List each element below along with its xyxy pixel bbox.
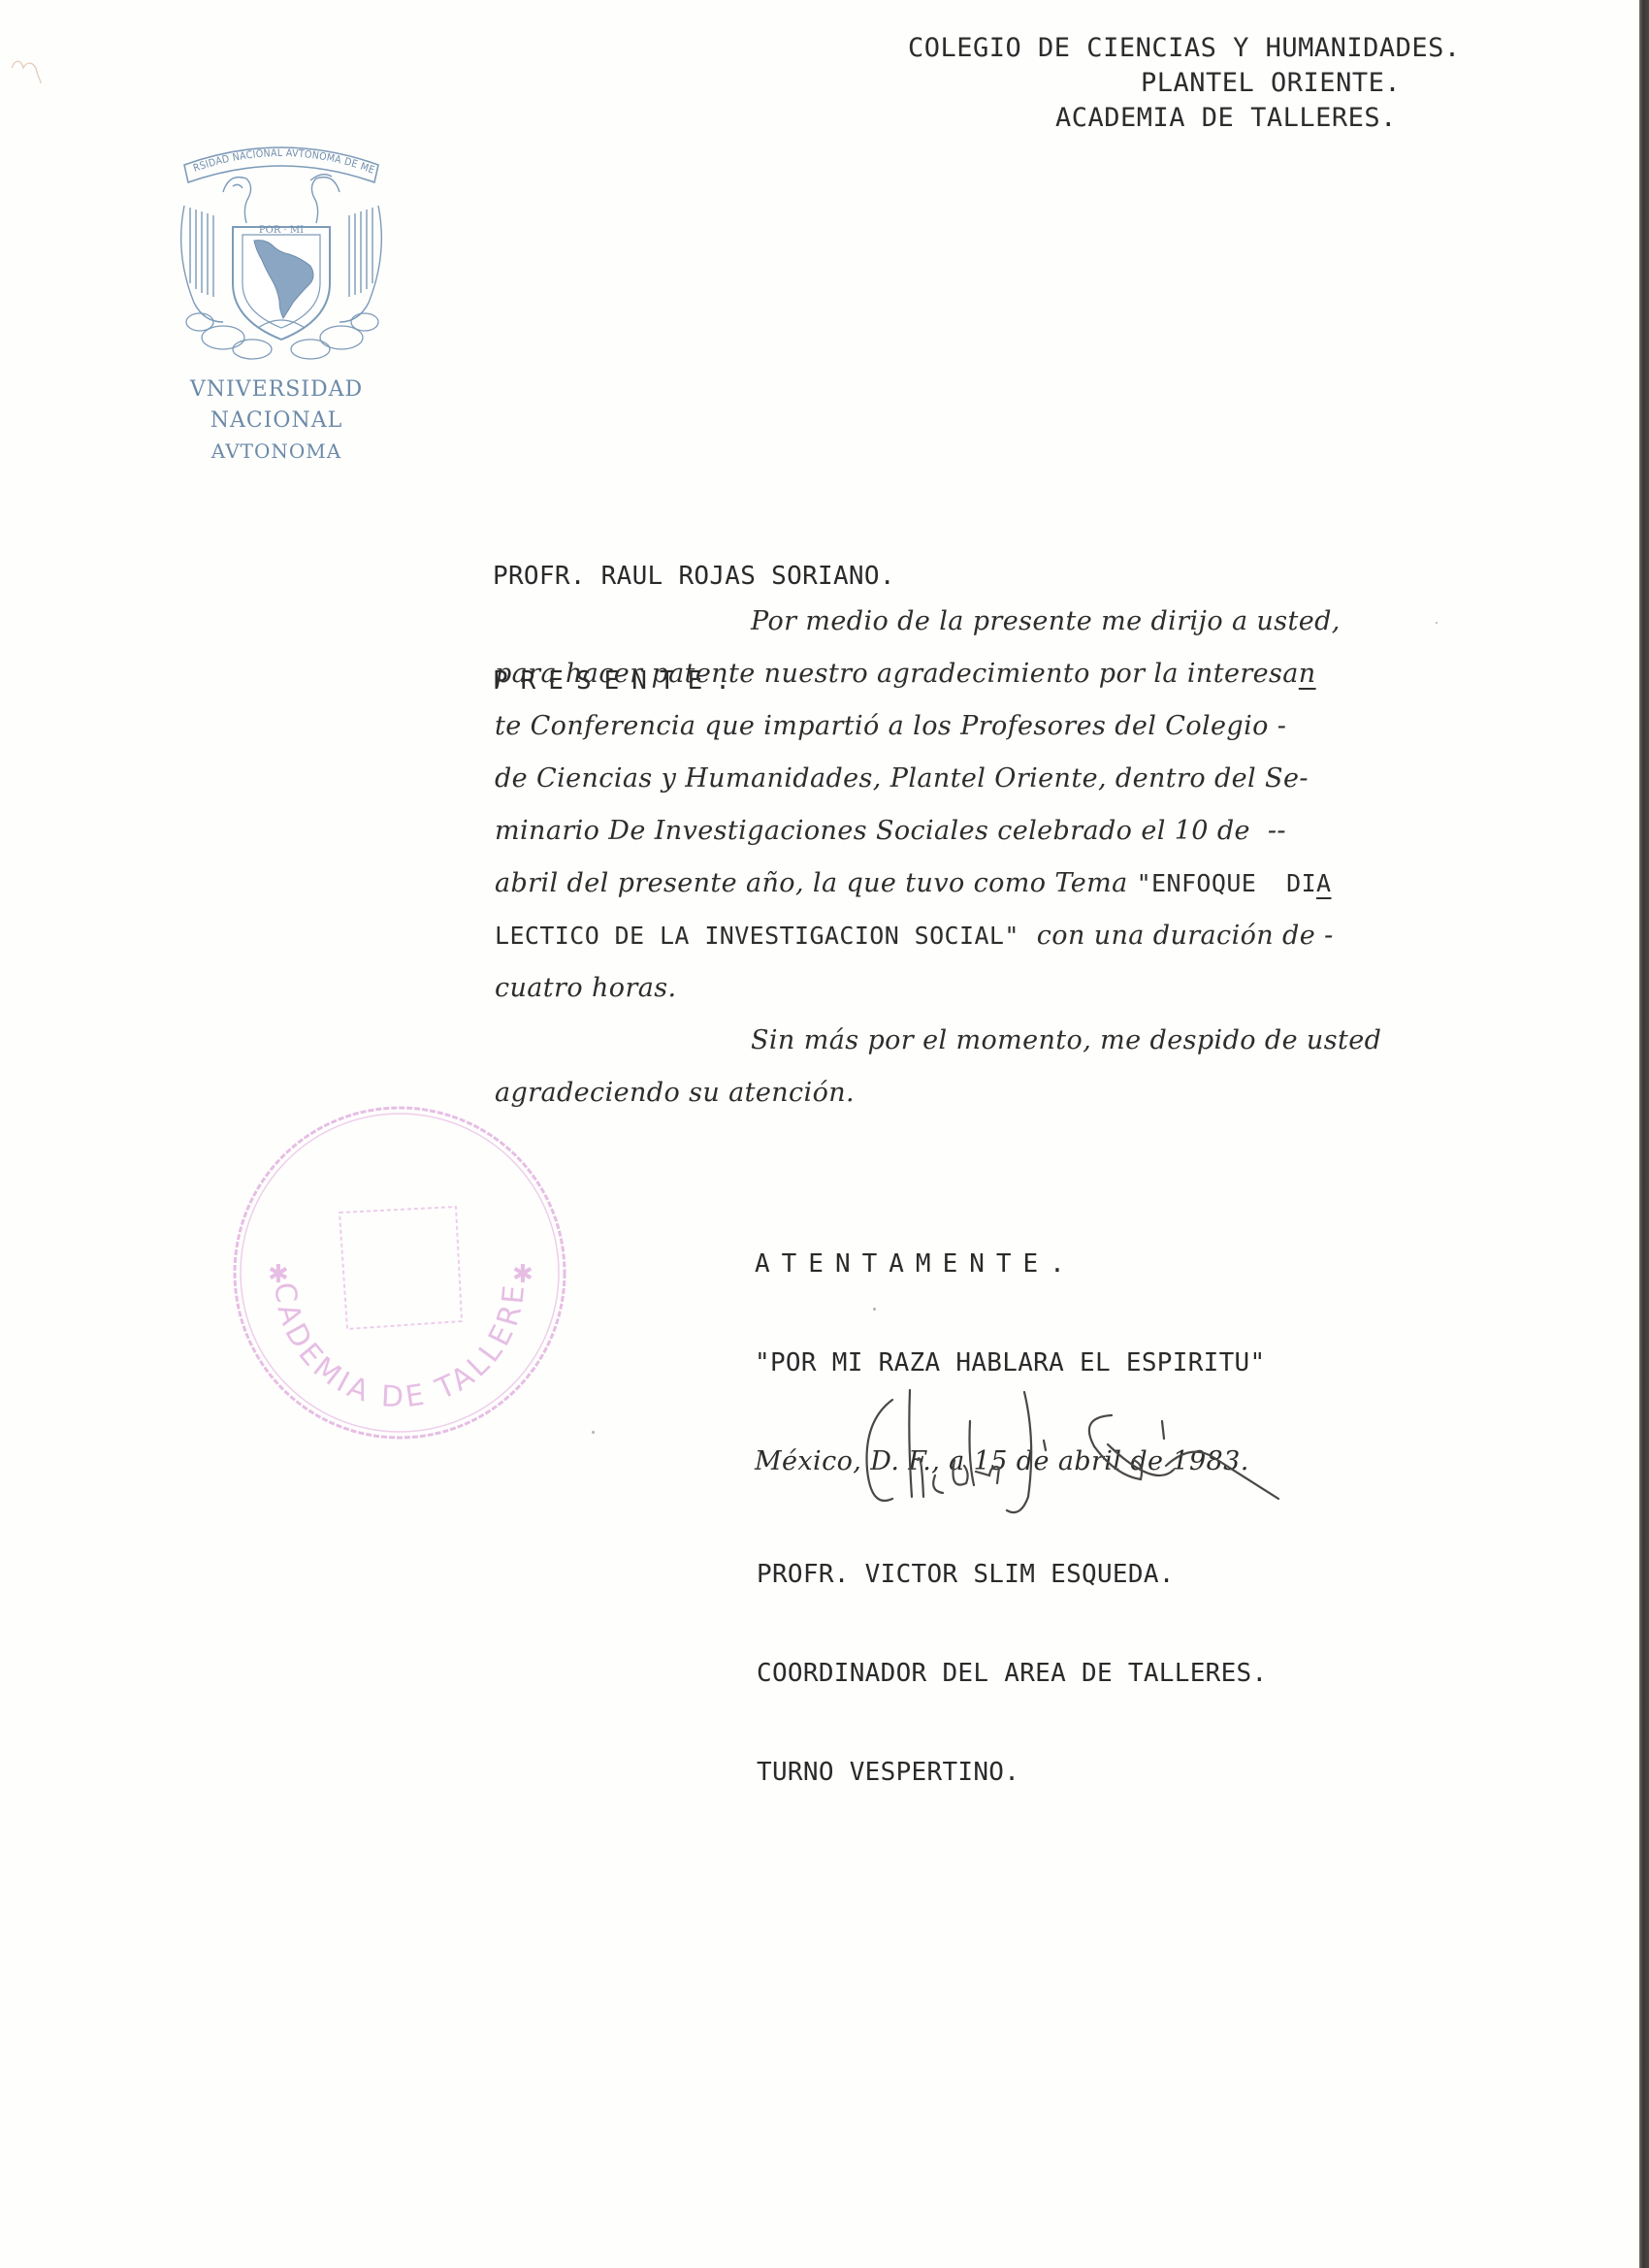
crest-banner-text: VNIVERSIDAD NACIONAL AVTONOMA DE MEXICO <box>165 138 376 177</box>
header-college: COLEGIO DE CIENCIAS Y HUMANIDADES. <box>908 31 1474 66</box>
body-text-segment: para hacer patente nuestro agradecimient… <box>495 659 1299 689</box>
pencil-mark <box>6 50 45 89</box>
header-campus: PLANTEL ORIENTE. <box>1141 66 1474 101</box>
addressee-name: PROFR. RAUL ROJAS SORIANO. <box>493 559 895 594</box>
body-line: cuatro horas. <box>495 962 1465 1015</box>
shield-motto-top: POR · MI <box>259 225 304 236</box>
body-text-segment: con una duración de - <box>1019 921 1334 951</box>
body-text-segment: A <box>1316 869 1331 897</box>
signatory-shift: TURNO VESPERTINO. <box>757 1756 1267 1789</box>
letter-body: Por medio de la presente me dirijo a ust… <box>495 596 1465 1119</box>
body-line: minario De Investigaciones Sociales cele… <box>495 805 1465 858</box>
svg-text:VNIVERSIDAD NACIONAL AVTONOMA: VNIVERSIDAD NACIONAL AVTONOMA DE MEXICO <box>165 138 376 177</box>
body-line: LECTICO DE LA INVESTIGACION SOCIAL" con … <box>495 910 1465 962</box>
paper-speck <box>1436 622 1438 624</box>
body-text-segment: Por medio de la presente me dirijo a ust… <box>751 606 1341 636</box>
body-text-segment: Sin más por el momento, me despido de us… <box>751 1025 1381 1055</box>
body-text-segment: cuatro horas. <box>495 973 677 1003</box>
body-line: Sin más por el momento, me despido de us… <box>495 1015 1465 1067</box>
scanner-edge <box>1639 0 1649 2268</box>
body-line: de Ciencias y Humanidades, Plantel Orien… <box>495 753 1465 805</box>
wordmark-line-2: AVTONOMA <box>136 437 417 466</box>
signatory-title: COORDINADOR DEL AREA DE TALLERES. <box>757 1657 1267 1690</box>
paper-speck <box>873 1308 876 1311</box>
body-text-segment: n <box>1299 659 1316 689</box>
unam-crest-logo: VNIVERSIDAD NACIONAL AVTONOMA DE MEXICO … <box>165 138 398 371</box>
body-text-segment: "ENFOQUE DI <box>1137 869 1316 897</box>
letter-page: COLEGIO DE CIENCIAS Y HUMANIDADES. PLANT… <box>0 0 1639 2268</box>
body-line: agradeciendo su atención. <box>495 1067 1465 1119</box>
closing-salutation: ATENTAMENTE. <box>755 1247 1265 1280</box>
body-text-segment: minario De Investigaciones Sociales cele… <box>495 816 1286 846</box>
university-wordmark: VNIVERSIDAD NACIONAL AVTONOMA <box>136 374 417 466</box>
signatory-block: PROFR. VICTOR SLIM ESQUEDA. COORDINADOR … <box>757 1492 1267 1855</box>
body-text-segment: de Ciencias y Humanidades, Plantel Orien… <box>495 763 1309 794</box>
body-text-segment: LECTICO DE LA INVESTIGACION SOCIAL" <box>495 922 1019 950</box>
paper-speck <box>592 1431 595 1434</box>
body-line: abril del presente año, la que tuvo como… <box>495 858 1465 910</box>
body-text-segment: abril del presente año, la que tuvo como… <box>495 868 1137 898</box>
closing-motto: "POR MI RAZA HABLARA EL ESPIRITU" <box>755 1346 1265 1379</box>
body-line: para hacer patente nuestro agradecimient… <box>495 648 1465 700</box>
header-academy: ACADEMIA DE TALLERES. <box>1055 101 1474 136</box>
academy-rubber-stamp: ✱ ✱ ACADEMIA DE TALLERES <box>225 1098 574 1447</box>
institution-header: COLEGIO DE CIENCIAS Y HUMANIDADES. PLANT… <box>892 31 1474 136</box>
wordmark-line-1: VNIVERSIDAD NACIONAL <box>136 374 417 437</box>
signatory-name: PROFR. VICTOR SLIM ESQUEDA. <box>757 1558 1267 1591</box>
body-line: te Conferencia que impartió a los Profes… <box>495 700 1465 753</box>
body-text-segment: te Conferencia que impartió a los Profes… <box>495 711 1286 741</box>
body-line: Por medio de la presente me dirijo a ust… <box>495 596 1465 648</box>
